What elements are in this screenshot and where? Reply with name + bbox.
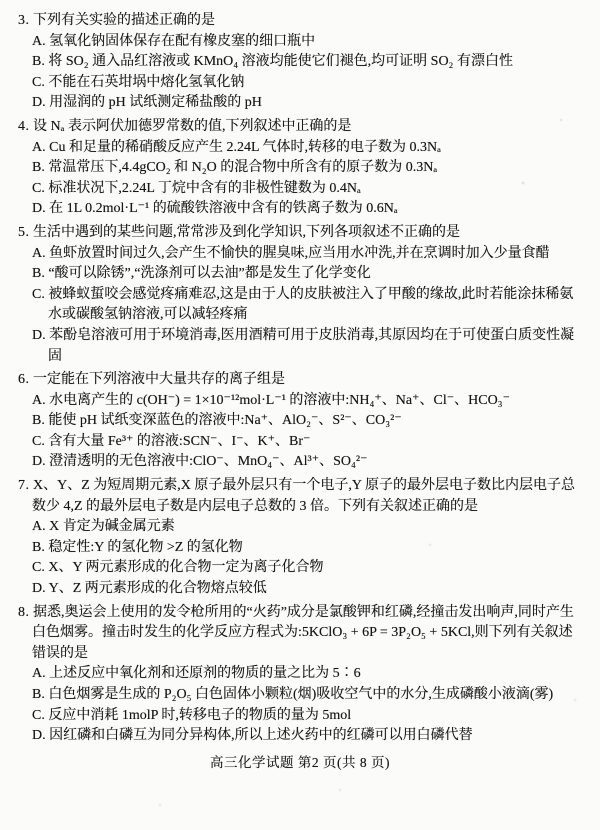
option-a: A. 氢氧化钠固体保存在配有橡皮塞的细口瓶中 [18,32,582,53]
question-6: 6. 一定能在下列溶液中大量共存的离子组是 A. 水电离产生的 c(OH⁻) =… [18,370,582,473]
question-number: 8. [18,605,30,620]
option-c: C. X、Y 两元素形成的化合物一定为离子化合物 [18,558,582,579]
option-d: D. Y、Z 两元素形成的化合物熔点较低 [18,579,582,600]
exam-page: 3. 下列有关实验的描述正确的是 A. 氢氧化钠固体保存在配有橡皮塞的细口瓶中 … [0,0,600,830]
option-c: C. 反应中消耗 1molP 时,转移电子的物质的量为 5mol [18,706,582,727]
option-b: B. “酸可以除锈”,“洗涤剂可以去油”都是发生了化学变化 [18,264,582,285]
question-number: 6. [18,372,30,387]
option-a: A. X 肯定为碱金属元素 [18,517,582,538]
option-d: D. 在 1L 0.2mol·L⁻¹ 的硫酸铁溶液中含有的铁离子数为 0.6Nₐ [18,199,582,220]
question-stem: 3. 下列有关实验的描述正确的是 [18,11,582,32]
option-b: B. 白色烟雾是生成的 P₂O₅ 白色固体小颗粒(烟)吸收空气中的水分,生成磷酸… [18,685,582,706]
question-stem-text: 据悉,奥运会上使用的发令枪所用的“火药”成分是氯酸钾和红磷,经撞击发出响声,同时… [32,605,574,661]
question-8: 8. 据悉,奥运会上使用的发令枪所用的“火药”成分是氯酸钾和红磷,经撞击发出响声… [18,603,582,747]
option-d: D. 因红磷和白磷互为同分异构体,所以上述火药中的红磷可以用白磷代替 [18,726,582,747]
question-number: 5. [18,225,30,240]
option-b: B. 常温常压下,4.4gCO₂ 和 N₂O 的混合物中所含有的原子数为 0.3… [18,158,582,179]
option-c: C. 标准状况下,2.24L 丁烷中含有的非极性键数为 0.4Nₐ [18,179,582,200]
question-stem: 6. 一定能在下列溶液中大量共存的离子组是 [18,370,582,391]
question-stem-text: X、Y、Z 为短周期元素,X 原子最外层只有一个电子,Y 原子的最外层电子数比内… [32,478,575,514]
option-a: A. Cu 和足量的稀硝酸反应产生 2.24L 气体时,转移的电子数为 0.3N… [18,138,582,159]
question-number: 4. [18,119,30,134]
question-stem-text: 生活中遇到的某些问题,常常涉及到化学知识,下列各项叙述不正确的是 [33,225,460,240]
question-stem-text: 一定能在下列溶液中大量共存的离子组是 [33,372,285,387]
question-number: 3. [18,13,30,28]
question-5: 5. 生活中遇到的某些问题,常常涉及到化学知识,下列各项叙述不正确的是 A. 鱼… [18,223,582,367]
option-d: D. 苯酚皂溶液可用于环境消毒,医用酒精可用于皮肤消毒,其原因均在于可使蛋白质变… [18,326,582,367]
question-stem: 7. X、Y、Z 为短周期元素,X 原子最外层只有一个电子,Y 原子的最外层电子… [18,476,582,517]
question-number: 7. [18,478,30,493]
option-c: C. 被蜂蚁蜇咬会感觉疼痛难忍,这是由于人的皮肤被注入了甲酸的缘故,此时若能涂抹… [18,285,582,326]
question-stem: 5. 生活中遇到的某些问题,常常涉及到化学知识,下列各项叙述不正确的是 [18,223,582,244]
question-stem-text: 设 Nₐ 表示阿伏加德罗常数的值,下列叙述中正确的是 [33,119,351,134]
option-b: B. 能使 pH 试纸变深蓝色的溶液中:Na⁺、AlO₂⁻、S²⁻、CO₃²⁻ [18,411,582,432]
option-d: D. 澄清透明的无色溶液中:ClO⁻、MnO₄⁻、Al³⁺、SO₄²⁻ [18,452,582,473]
option-a: A. 鱼虾放置时间过久,会产生不愉快的腥臭味,应当用水冲洗,并在烹调时加入少量食… [18,244,582,265]
option-c: C. 不能在石英坩埚中熔化氢氧化钠 [18,73,582,94]
option-a: A. 上述反应中氧化剂和还原剂的物质的量之比为 5∶6 [18,664,582,685]
question-7: 7. X、Y、Z 为短周期元素,X 原子最外层只有一个电子,Y 原子的最外层电子… [18,476,582,600]
option-b: B. 将 SO₂ 通入品红溶液或 KMnO₄ 溶液均能使它们褪色,均可证明 SO… [18,52,582,73]
option-c: C. 含有大量 Fe³⁺ 的溶液:SCN⁻、I⁻、K⁺、Br⁻ [18,432,582,453]
question-stem-text: 下列有关实验的描述正确的是 [33,13,215,28]
option-b: B. 稳定性:Y 的氢化物 >Z 的氢化物 [18,538,582,559]
question-stem: 8. 据悉,奥运会上使用的发令枪所用的“火药”成分是氯酸钾和红磷,经撞击发出响声… [18,603,582,665]
option-a: A. 水电离产生的 c(OH⁻) = 1×10⁻¹²mol·L⁻¹ 的溶液中:N… [18,391,582,412]
question-stem: 4. 设 Nₐ 表示阿伏加德罗常数的值,下列叙述中正确的是 [18,117,582,138]
question-3: 3. 下列有关实验的描述正确的是 A. 氢氧化钠固体保存在配有橡皮塞的细口瓶中 … [18,11,582,114]
option-d: D. 用湿润的 pH 试纸测定稀盐酸的 pH [18,93,582,114]
page-footer: 高三化学试题 第2 页(共 8 页) [18,753,582,774]
question-4: 4. 设 Nₐ 表示阿伏加德罗常数的值,下列叙述中正确的是 A. Cu 和足量的… [18,117,582,220]
